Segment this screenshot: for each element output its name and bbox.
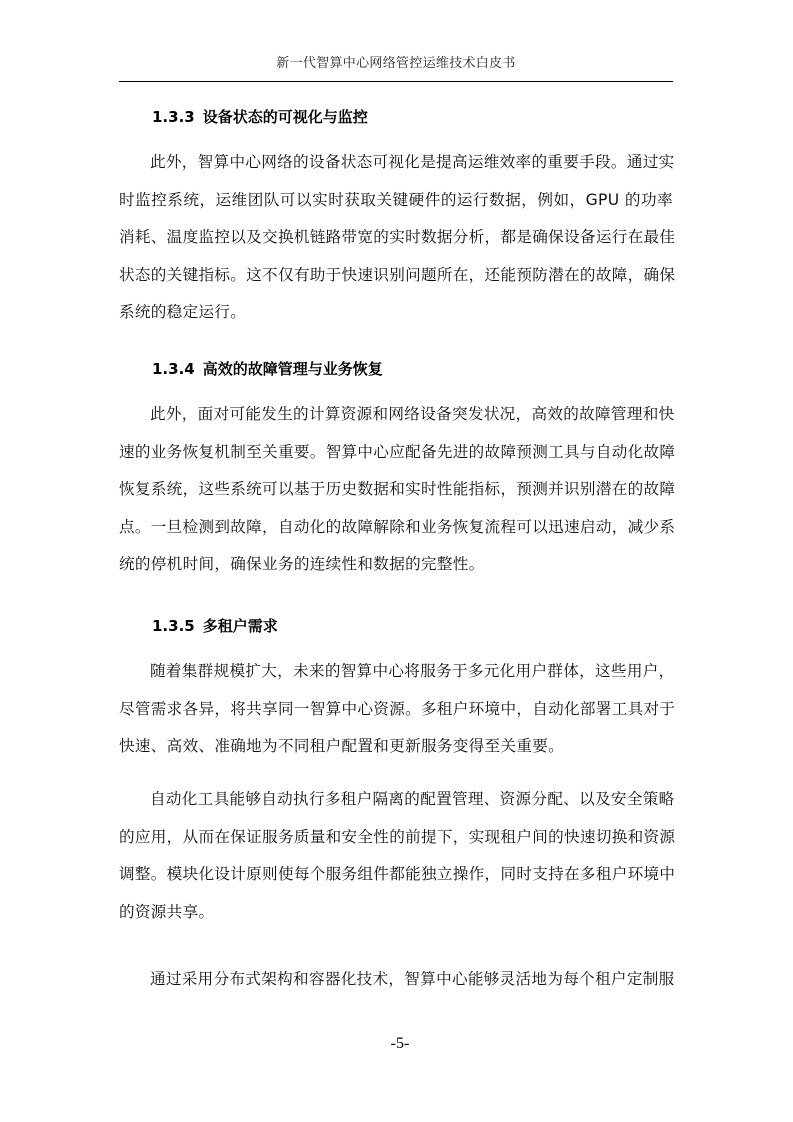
section-title: 设备状态的可视化与监控: [203, 108, 368, 126]
paragraph: 此外，面对可能发生的计算资源和网络设备突发状况，高效的故障管理和快 速的业务恢复…: [119, 396, 673, 584]
text-line: 通过采用分布式架构和容器化技术，智算中心能够灵活地为每个租户定制服: [119, 961, 673, 999]
section-1-3-4: 1.3.4高效的故障管理与业务恢复: [119, 354, 673, 384]
paragraph-lines: 此外，智算中心网络的设备状态可视化是提高运维效率的重要手段。通过实 时监控系统，…: [119, 144, 673, 332]
section-1-3-3: 1.3.3设备状态的可视化与监控: [119, 102, 673, 132]
section-heading: 1.3.5多租户需求: [119, 611, 673, 641]
section-number: 1.3.4: [152, 360, 195, 378]
text-line: 消耗、温度监控以及交换机链路带宽的实时数据分析，都是确保设备运行在最佳: [119, 219, 673, 257]
text-line: 的应用，从而在保证服务质量和安全性的前提下，实现租户间的快速切换和资源: [119, 819, 673, 857]
text-line: 速的业务恢复机制至关重要。智算中心应配备先进的故障预测工具与自动化故障: [119, 434, 673, 472]
text-line: 状态的关键指标。这不仅有助于快速识别问题所在，还能预防潜在的故障，确保: [119, 257, 673, 295]
text-line: 尽管需求各异，将共享同一智算中心资源。多租户环境中，自动化部署工具对于: [119, 691, 673, 729]
text-line: 恢复系统，这些系统可以基于历史数据和实时性能指标，预测并识别潜在的故障: [119, 471, 673, 509]
paragraph: 自动化工具能够自动执行多租户隔离的配置管理、资源分配、以及安全策略 的应用，从而…: [119, 781, 673, 931]
text-line: 快速、高效、准确地为不同租户配置和更新服务变得至关重要。: [119, 728, 673, 766]
text-line: 此外，面对可能发生的计算资源和网络设备突发状况，高效的故障管理和快: [119, 396, 673, 434]
text-line: 系统的稳定运行。: [119, 294, 673, 332]
page-number: -5-: [350, 1035, 450, 1053]
paragraph: 通过采用分布式架构和容器化技术，智算中心能够灵活地为每个租户定制服: [119, 961, 673, 999]
paragraph: 随着集群规模扩大，未来的智算中心将服务于多元化用户群体，这些用户， 尽管需求各异…: [119, 653, 673, 766]
text-line: 统的停机时间，确保业务的连续性和数据的完整性。: [119, 546, 673, 584]
text-line: 自动化工具能够自动执行多租户隔离的配置管理、资源分配、以及安全策略: [119, 781, 673, 819]
paragraph-lines: 自动化工具能够自动执行多租户隔离的配置管理、资源分配、以及安全策略 的应用，从而…: [119, 781, 673, 931]
section-heading: 1.3.3设备状态的可视化与监控: [119, 102, 673, 132]
text-line: 时监控系统，运维团队可以实时获取关键硬件的运行数据，例如，GPU 的功率: [119, 182, 673, 220]
section-title: 高效的故障管理与业务恢复: [203, 360, 383, 378]
text-line: 的资源共享。: [119, 894, 673, 932]
section-number: 1.3.5: [152, 617, 195, 635]
text-line: 随着集群规模扩大，未来的智算中心将服务于多元化用户群体，这些用户，: [119, 653, 673, 691]
section-title: 多租户需求: [203, 617, 278, 635]
text-line: 点。一旦检测到故障，自动化的故障解除和业务恢复流程可以迅速启动，减少系: [119, 509, 673, 547]
paragraph-lines: 通过采用分布式架构和容器化技术，智算中心能够灵活地为每个租户定制服: [119, 961, 673, 999]
section-heading: 1.3.4高效的故障管理与业务恢复: [119, 354, 673, 384]
section-number: 1.3.3: [152, 108, 195, 126]
paragraph-lines: 此外，面对可能发生的计算资源和网络设备突发状况，高效的故障管理和快 速的业务恢复…: [119, 396, 673, 584]
section-1-3-5: 1.3.5多租户需求: [119, 611, 673, 641]
paragraph-lines: 随着集群规模扩大，未来的智算中心将服务于多元化用户群体，这些用户， 尽管需求各异…: [119, 653, 673, 766]
text-line: 此外，智算中心网络的设备状态可视化是提高运维效率的重要手段。通过实: [119, 144, 673, 182]
running-header: 新一代智算中心网络管控运维技术白皮书: [119, 52, 673, 71]
paragraph: 此外，智算中心网络的设备状态可视化是提高运维效率的重要手段。通过实 时监控系统，…: [119, 144, 673, 332]
text-line: 调整。模块化设计原则使每个服务组件都能独立操作，同时支持在多租户环境中: [119, 856, 673, 894]
header-divider: [119, 81, 673, 82]
